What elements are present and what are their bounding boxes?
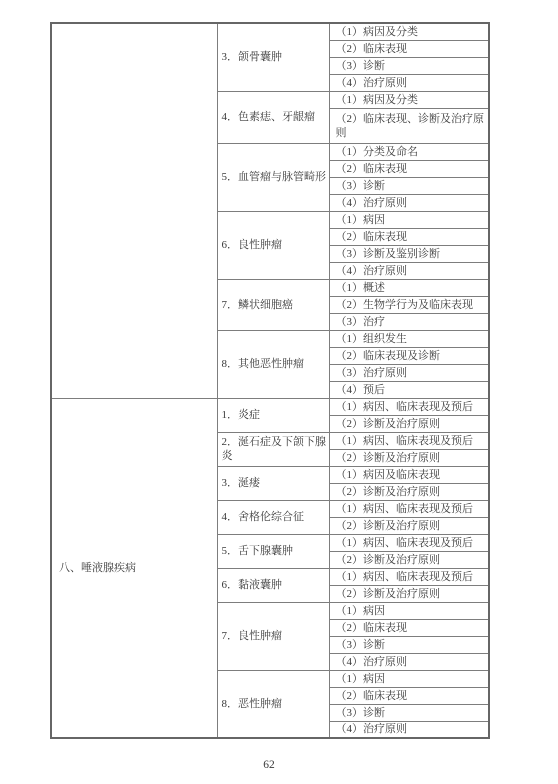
syllabus-table: 3．颌骨囊肿（1）病因及分类（2）临床表现（3）诊断（4）治疗原则4．色素痣、牙…	[50, 22, 490, 739]
subtopic-cell: （1）病因	[329, 670, 489, 687]
subtopic-cell: （4）治疗原则	[329, 653, 489, 670]
subtopic-cell: （2）诊断及治疗原则	[329, 551, 489, 568]
item-cell: 5．血管瘤与脉管畸形	[217, 143, 329, 211]
table-row: 3．颌骨囊肿（1）病因及分类	[51, 23, 489, 40]
subtopic-cell: （2）临床表现	[329, 687, 489, 704]
subtopic-cell: （1）分类及命名	[329, 143, 489, 160]
subtopic-cell: （1）病因及分类	[329, 23, 489, 40]
subtopic-cell: （4）治疗原则	[329, 194, 489, 211]
table-row: 八、唾液腺疾病1．炎症（1）病因、临床表现及预后	[51, 398, 489, 415]
subtopic-cell: （2）诊断及治疗原则	[329, 449, 489, 466]
subtopic-cell: （1）病因、临床表现及预后	[329, 534, 489, 551]
subtopic-cell: （4）治疗原则	[329, 262, 489, 279]
syllabus-table-body: 3．颌骨囊肿（1）病因及分类（2）临床表现（3）诊断（4）治疗原则4．色素痣、牙…	[51, 23, 489, 738]
subtopic-cell: （2）临床表现	[329, 40, 489, 57]
subtopic-cell: （3）治疗	[329, 313, 489, 330]
subtopic-cell: （3）诊断	[329, 704, 489, 721]
subtopic-cell: （1）病因、临床表现及预后	[329, 500, 489, 517]
subtopic-cell: （4）治疗原则	[329, 74, 489, 91]
subtopic-cell: （2）临床表现、诊断及治疗原则	[329, 108, 489, 143]
subtopic-cell: （2）临床表现及诊断	[329, 347, 489, 364]
subtopic-cell: （4）预后	[329, 381, 489, 398]
item-cell: 4．色素痣、牙龈瘤	[217, 91, 329, 143]
page-number: 62	[50, 759, 488, 771]
item-cell: 8．其他恶性肿瘤	[217, 330, 329, 398]
item-cell: 8．恶性肿瘤	[217, 670, 329, 738]
item-cell: 3．颌骨囊肿	[217, 23, 329, 91]
category-cell	[51, 23, 217, 398]
item-cell: 5．舌下腺囊肿	[217, 534, 329, 568]
subtopic-cell: （1）组织发生	[329, 330, 489, 347]
subtopic-cell: （2）诊断及治疗原则	[329, 415, 489, 432]
item-cell: 7．鳞状细胞癌	[217, 279, 329, 330]
item-cell: 1．炎症	[217, 398, 329, 432]
subtopic-cell: （1）病因	[329, 602, 489, 619]
document-page: 3．颌骨囊肿（1）病因及分类（2）临床表现（3）诊断（4）治疗原则4．色素痣、牙…	[0, 0, 558, 784]
subtopic-cell: （3）诊断	[329, 57, 489, 74]
item-cell: 6．黏液囊肿	[217, 568, 329, 602]
item-cell: 2．涎石症及下颌下腺炎	[217, 432, 329, 466]
subtopic-cell: （3）诊断	[329, 177, 489, 194]
subtopic-cell: （1）概述	[329, 279, 489, 296]
subtopic-cell: （1）病因、临床表现及预后	[329, 568, 489, 585]
category-cell: 八、唾液腺疾病	[51, 398, 217, 738]
subtopic-cell: （1）病因	[329, 211, 489, 228]
subtopic-cell: （2）诊断及治疗原则	[329, 585, 489, 602]
subtopic-cell: （1）病因、临床表现及预后	[329, 398, 489, 415]
subtopic-cell: （1）病因及临床表现	[329, 466, 489, 483]
subtopic-cell: （2）诊断及治疗原则	[329, 517, 489, 534]
item-cell: 6．良性肿瘤	[217, 211, 329, 279]
subtopic-cell: （2）临床表现	[329, 228, 489, 245]
item-cell: 7．良性肿瘤	[217, 602, 329, 670]
subtopic-cell: （2）诊断及治疗原则	[329, 483, 489, 500]
subtopic-cell: （1）病因、临床表现及预后	[329, 432, 489, 449]
item-cell: 4．舍格伦综合征	[217, 500, 329, 534]
subtopic-cell: （2）临床表现	[329, 619, 489, 636]
subtopic-cell: （3）诊断及鉴别诊断	[329, 245, 489, 262]
item-cell: 3．涎瘘	[217, 466, 329, 500]
subtopic-cell: （2）生物学行为及临床表现	[329, 296, 489, 313]
subtopic-cell: （3）诊断	[329, 636, 489, 653]
subtopic-cell: （2）临床表现	[329, 160, 489, 177]
subtopic-cell: （4）治疗原则	[329, 721, 489, 738]
subtopic-cell: （3）治疗原则	[329, 364, 489, 381]
subtopic-cell: （1）病因及分类	[329, 91, 489, 108]
